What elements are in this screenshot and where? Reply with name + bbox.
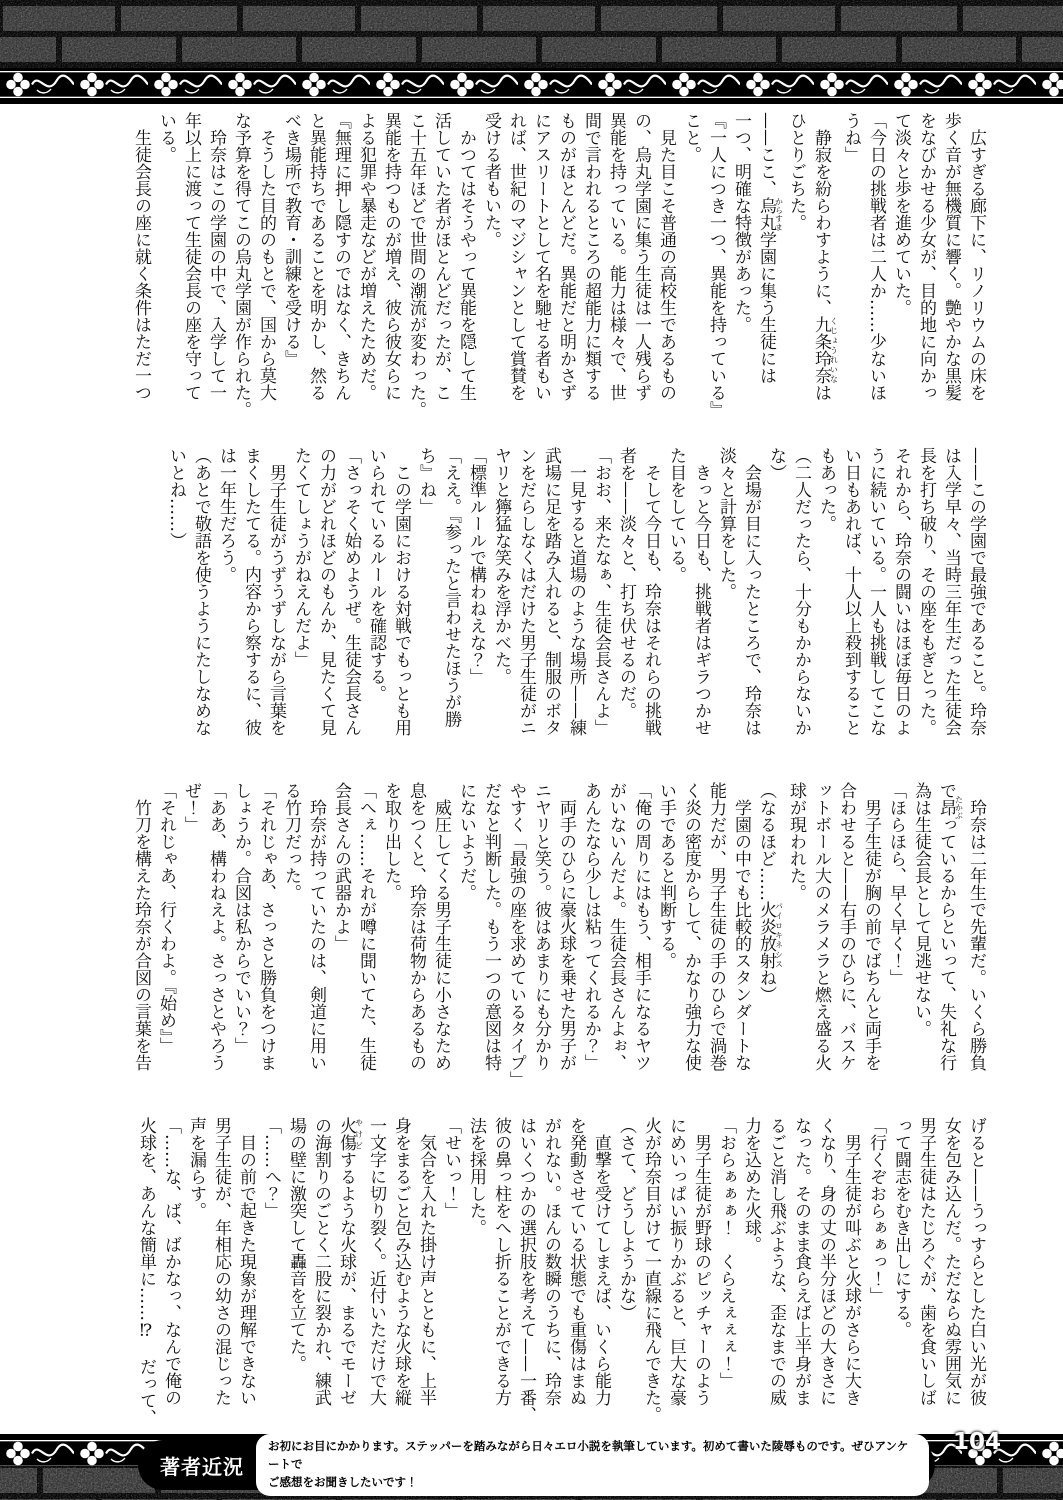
text-column: 年以上に渡って生徒会長の座を守って	[178, 112, 203, 436]
text-column: 法を採用した。	[463, 1117, 488, 1441]
text-column: 「……な、ば、ばかなっ、なんで俺の	[158, 1117, 183, 1441]
text-column: の海割りのごとく二股に裂かれ、練武	[308, 1117, 333, 1441]
text-column: にめいっぱい振りかぶると、巨大な豪	[663, 1117, 688, 1441]
text-column: にアスリートとして名を馳せる者もい	[528, 112, 553, 436]
text-column: く炎の密度からして、かなり強力な使	[678, 782, 703, 1106]
text-column: 男子生徒が叫ぶと火球がさらに大き	[838, 1117, 863, 1441]
novel-page: { "page_number": "104", "footer": { "lab…	[0, 0, 1063, 1500]
text-column: 「行くぞおらぁぁっ！」	[863, 1117, 888, 1441]
text-column: 一つ、明確な特徴があった。	[728, 112, 753, 436]
text-column: 「……へ？」	[258, 1117, 283, 1441]
text-column: 男子生徒がうずうずしながら言葉を	[263, 447, 288, 771]
text-column: あんたなら少しは粘ってくれるか？」	[578, 782, 603, 1106]
text-column: 男子生徒が胸の前でばちんと両手を	[858, 782, 883, 1106]
text-column: 威圧してくる男子生徒に小さなため	[428, 782, 453, 1106]
text-column: 火が玲奈目がけて一直線に飛んできた。	[638, 1117, 663, 1441]
brick-texture-top	[0, 0, 1063, 68]
text-band-3: 玲奈は二年生で先輩だ。いくら勝負で昂たかぶっているからといって、失礼な行為は生徒…	[138, 782, 988, 1106]
text-band-1: 広すぎる廊下に、リノリウムの床を歩く音が無機質に響く。艶やかな黒髪をなびかせる少…	[138, 112, 988, 436]
text-column: 会長さんの武器かよ」	[328, 782, 353, 1106]
text-column: べき場所で教育・訓練を受ける』	[278, 112, 303, 436]
flower-ornament-border-top	[0, 68, 1063, 104]
text-column: 間で言われるところの超能力に類する	[578, 112, 603, 436]
text-column: の力がどれほどのもんか、見たくて見	[313, 447, 338, 771]
author-note-bar: 著者近況 お初にお目にかかります。ステッパーを踏みながら日々エロ小説を執筆してい…	[138, 1440, 935, 1490]
text-column: 歩く音が無機質に響く。艶やかな黒髪	[938, 112, 963, 436]
text-column: （なるほど……火炎放射パイロキネシスね）	[753, 782, 783, 1106]
text-column: こ十五年ほどで世間の潮流が変わった。	[403, 112, 428, 436]
text-column: （あとで敬語を使うようにたしなめな	[188, 447, 213, 771]
text-band-4: げると——うっすらとした白い光が彼女を包み込んだ。ただならぬ雰囲気に男子生徒はた…	[138, 1117, 988, 1441]
text-column: 「へぇ……それが噂に聞いてた、生徒	[353, 782, 378, 1106]
text-column: 息をつくと、玲奈は荷物からあるもの	[403, 782, 428, 1106]
text-column: ——この学園で最強であること。玲奈	[963, 447, 988, 771]
text-column: 広すぎる廊下に、リノリウムの床を	[963, 112, 988, 436]
text-column: そして今日も、玲奈はそれらの挑戦	[638, 447, 663, 771]
text-column: 男子生徒が野球のピッチャーのよう	[688, 1117, 713, 1441]
text-column: を発動させている状態でも重傷はまぬ	[563, 1117, 588, 1441]
text-column: にないようだ。	[453, 782, 478, 1106]
text-column: 『無理に押し隠すのではなく、きちん	[328, 112, 353, 436]
text-column: で昂たかぶっているからといって、失礼な行	[933, 782, 963, 1106]
text-column: 「おお、来たなぁ、生徒会長さんよ」	[588, 447, 613, 771]
text-column: そうした目的のもとで、国から莫大	[253, 112, 278, 436]
text-column: よる犯罪や暴走などが増えたためだ。	[353, 112, 378, 436]
text-column: いる。	[153, 112, 178, 436]
text-column: やすく「最強の座を求めているタイプ」	[503, 782, 528, 1106]
text-column: 一見すると道場のような場所——練	[563, 447, 588, 771]
text-column: （二人だったら、十分もかからないか	[788, 447, 813, 771]
text-column: た目をしている。	[663, 447, 688, 771]
text-column: 直撃を受けてしまえば、いくら能力	[588, 1117, 613, 1441]
text-column: 「ほらほら、早く早く！」	[883, 782, 908, 1106]
text-column: ひとりごちた。	[783, 112, 808, 436]
text-column: だなと判断した。もう一つの意図は特	[478, 782, 503, 1106]
text-column: 静寂を紛らわすように、九条玲奈くじょうれいなは	[808, 112, 838, 436]
text-column: それから、玲奈の闘いはほぼ毎日のよ	[888, 447, 913, 771]
text-column: 彼の鼻っ柱をへし折ることができる方	[488, 1117, 513, 1441]
text-column: るごと消し飛ぶような、歪なまでの威	[763, 1117, 788, 1441]
text-column: ——ここ、烏丸からすま学園に集う生徒には	[753, 112, 783, 436]
text-column: 「今日の挑戦者は二人か……少ないほ	[863, 112, 888, 436]
text-column: 活していた者がほとんどだったが、こ	[428, 112, 453, 436]
text-column: ものがほとんどだ。異能だと明かさず	[553, 112, 578, 436]
text-column: な）	[763, 447, 788, 771]
text-column: 「さっそく始めようぜ。生徒会長さん	[338, 447, 363, 771]
text-column: ヤリと獰猛な笑みを浮かべた。	[488, 447, 513, 771]
text-column: がいないんだよ。生徒会長さんよぉ、	[603, 782, 628, 1106]
text-column: 一文字に切り裂く。近付いただけで大	[363, 1117, 388, 1441]
text-column: 火傷やけどするような火球が、まるでモーゼ	[333, 1117, 363, 1441]
text-column: れば、世紀のマジシャンとして賞賛を	[503, 112, 528, 436]
text-column: 男子生徒はたじろぐが、歯を食いしば	[913, 1117, 938, 1441]
text-column: 会場が目に入ったところで、玲奈は	[738, 447, 763, 771]
text-column: なった。そのまま食らえば上半身がま	[788, 1117, 813, 1441]
text-column: 力を込めた火球。	[738, 1117, 763, 1441]
text-column: 淡々と計算をした。	[713, 447, 738, 771]
text-column: 女を包み込んだ。ただならぬ雰囲気に	[938, 1117, 963, 1441]
text-column: きっと今日も、挑戦者はギラつかせ	[688, 447, 713, 771]
text-column: る竹刀だった。	[278, 782, 303, 1106]
text-column: 「俺の周りにはもう、相手になるヤツ	[628, 782, 653, 1106]
text-column: 見た目こそ普通の高校生であるもの	[653, 112, 678, 436]
text-column: 場の壁に激突して轟音を立てた。	[283, 1117, 308, 1441]
text-band-2: ——この学園で最強であること。玲奈は入学早々、当時三年生だった生徒会長を打ち破り…	[138, 447, 988, 771]
text-column: って闘志をむき出しにする。	[888, 1117, 913, 1441]
text-column: 男子生徒が、年相応の幼さの混じった	[208, 1117, 233, 1441]
text-column: 両手のひらに豪火球を乗せた男子が	[553, 782, 578, 1106]
author-note-line2: ご感想をお聞きしたいです！	[268, 1475, 418, 1489]
text-column: うね」	[838, 112, 863, 436]
text-column: 玲奈は二年生で先輩だ。いくら勝負	[963, 782, 988, 1106]
text-column: をなびかせる少女が、目的地に向かっ	[913, 112, 938, 436]
text-column: 「それじゃあ、さっさと勝負をつけま	[253, 782, 278, 1106]
text-column: 生徒会長の座に就く条件はただ一つ	[128, 112, 153, 436]
text-column: 受ける者もいた。	[478, 112, 503, 436]
text-column: い手であると判断する。	[653, 782, 678, 1106]
text-column: 「せいっ！」	[438, 1117, 463, 1441]
text-column: 玲奈が持っていたのは、剣道に用い	[303, 782, 328, 1106]
text-column: いられているルールを確認する。	[363, 447, 388, 771]
text-column: 玲奈はこの学園の中で、入学して一	[203, 112, 228, 436]
text-column: て淡々と歩を進めていた。	[888, 112, 913, 436]
text-column: の、烏丸学園に集う生徒は一人残らず	[628, 112, 653, 436]
text-column: 学園の中でも比較的スタンダートな	[728, 782, 753, 1106]
text-column: ニヤリと笑う。彼はあまりにも分かり	[528, 782, 553, 1106]
text-column: いとね……）	[163, 447, 188, 771]
text-column: な予算を得てこの烏丸学園が作られた。	[228, 112, 253, 436]
text-column: がれない。ほんの数瞬のうちに、玲奈	[538, 1117, 563, 1441]
text-column: まくしたてる。内容から察するに、彼	[238, 447, 263, 771]
text-column: 異能を持っている。能力は様々で、世	[603, 112, 628, 436]
text-column: 身をまるごと包み込むような火球を縦	[388, 1117, 413, 1441]
text-column: 長を打ち破り、その座をもぎとった。	[913, 447, 938, 771]
text-column: 「ええ。『参ったと言わせたほうが勝	[438, 447, 463, 771]
text-column: は一年生だろう。	[213, 447, 238, 771]
text-column: 気合を入れた掛け声とともに、上半	[413, 1117, 438, 1441]
text-column: 球が現われた。	[783, 782, 808, 1106]
text-column: 合わせると——右手のひらに、バスケ	[833, 782, 858, 1106]
text-column: うに続いている。一人も挑戦してこな	[863, 447, 888, 771]
text-column: くなり、身の丈の半分ほどの大きさに	[813, 1117, 838, 1441]
text-column: 目の前で起きた現象が理解できない	[233, 1117, 258, 1441]
author-note-label: 著者近況	[138, 1451, 256, 1480]
text-column: 火球を、あんな簡単に……⁉ だって、	[133, 1117, 158, 1441]
author-note-bubble: お初にお目にかかります。ステッパーを踏みながら日々エロ小説を執筆しています。初め…	[256, 1434, 929, 1495]
text-column: （さて、どうしようかな）	[613, 1117, 638, 1441]
page-number: 104	[953, 1429, 1001, 1455]
text-column: 『一人につき一つ、異能を持っている』	[703, 112, 728, 436]
text-column: 為は生徒会長として見逃せない。	[908, 782, 933, 1106]
text-column: こと。	[678, 112, 703, 436]
text-column: い日もあれば、十人以上殺到すること	[838, 447, 863, 771]
text-column: 「標準ルールで構わねえな？」	[463, 447, 488, 771]
text-column: ち』ね」	[413, 447, 438, 771]
text-column: げると——うっすらとした白い光が彼	[963, 1117, 988, 1441]
text-column: 声を漏らす。	[183, 1117, 208, 1441]
text-column: を取り出した。	[378, 782, 403, 1106]
text-column: 武場に足を踏み入れると、制服のボタ	[538, 447, 563, 771]
text-column: かつてはそうやって異能を隠して生	[453, 112, 478, 436]
text-column: 竹刀を構えた玲奈が合図の言葉を告	[128, 782, 153, 1106]
text-column: 「ああ、構わねえよ。さっさとやろう	[203, 782, 228, 1106]
text-column: この学園における対戦でもっとも用	[388, 447, 413, 771]
text-column: と異能持ちであることを明かし、然る	[303, 112, 328, 436]
text-column: 異能を持つものが増え、彼ら彼女らに	[378, 112, 403, 436]
text-column: ぜ！」	[178, 782, 203, 1106]
text-column: もあった。	[813, 447, 838, 771]
text-column: 能力だが、男子生徒の手のひらで渦巻	[703, 782, 728, 1106]
text-column: 「それじゃあ、行くわよ。『始め』」	[153, 782, 178, 1106]
text-column: しょうか。合図は私からでいい？」	[228, 782, 253, 1106]
text-column: 「おらぁぁぁ！ くらえぇぇぇ！」	[713, 1117, 738, 1441]
text-column: たくてしょうがねえんだよ」	[288, 447, 313, 771]
author-note-line1: お初にお目にかかります。ステッパーを踏みながら日々エロ小説を執筆しています。初め…	[268, 1439, 908, 1471]
text-column: ットボール大のメラメラと燃え盛る火	[808, 782, 833, 1106]
text-column: はいくつかの選択肢を考えて——一番、	[513, 1117, 538, 1441]
text-column: 者を——淡々と、打ち伏せるのだ。	[613, 447, 638, 771]
text-column: は入学早々、当時三年生だった生徒会	[938, 447, 963, 771]
text-column: ンをだらしなくはだけた男子生徒がニ	[513, 447, 538, 771]
